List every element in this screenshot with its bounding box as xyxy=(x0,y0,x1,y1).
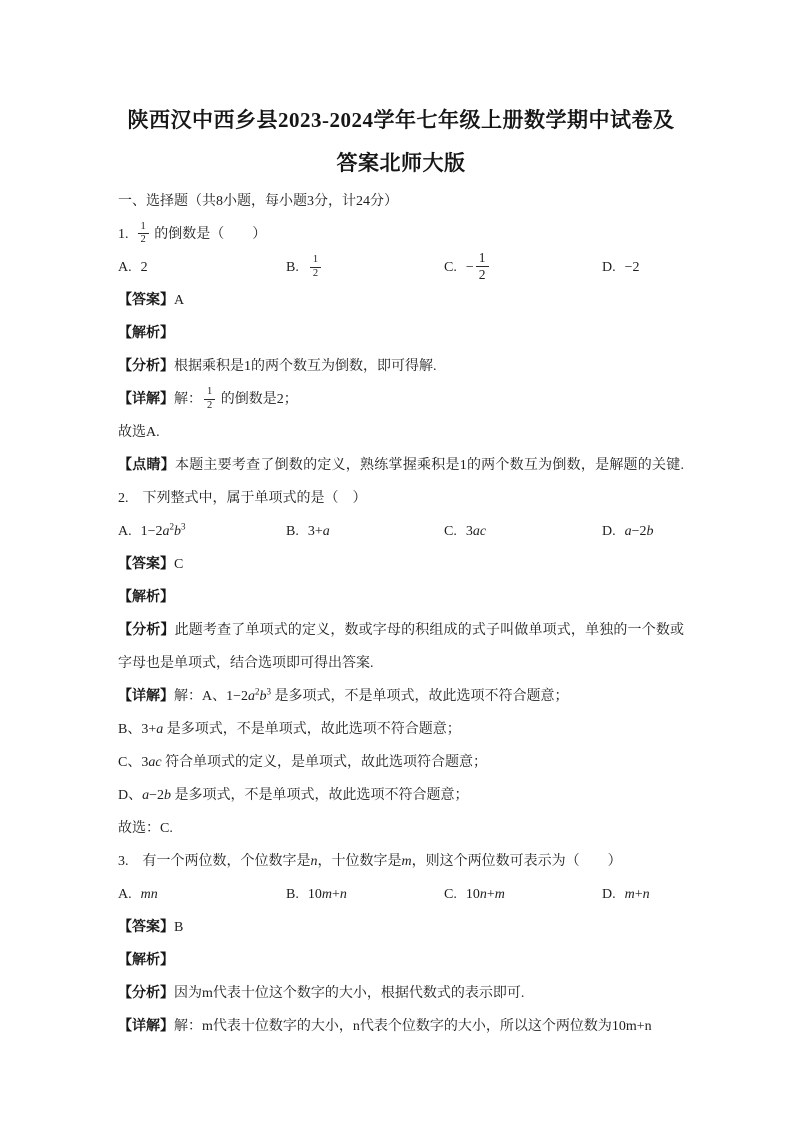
question-3-jiexi-line: 【解析】 xyxy=(118,944,684,977)
jiexi-tag: 【解析】 xyxy=(118,953,174,968)
question-2-stem: 2. 下列整式中，属于单项式的是（ ） xyxy=(118,482,684,515)
question-2-jiexi-line: 【解析】 xyxy=(118,581,684,614)
xiangjie-text: 解：A、1−2a2b3 是多项式，不是单项式，故此选项不符合题意； xyxy=(174,689,569,704)
xiangjie-tag: 【详解】 xyxy=(118,392,174,407)
document-page: 陕西汉中西乡县2023-2024学年七年级上册数学期中试卷及 答案北师大版 一、… xyxy=(0,0,793,1043)
dianjing-tag: 【点睛】 xyxy=(118,458,175,473)
option-label: D. xyxy=(602,251,616,284)
question-1-xiangjie-line: 【详解】解：12 的倒数是2； xyxy=(118,383,684,416)
document-title-line1: 陕西汉中西乡县2023-2024学年七年级上册数学期中试卷及 xyxy=(118,99,684,142)
answer-tag: 【答案】 xyxy=(118,293,174,308)
option-label: A. xyxy=(118,251,132,284)
option-label: A. xyxy=(118,878,132,911)
question-1-option-a: A. 2 xyxy=(118,251,286,284)
fenxi-text: 此题考查了单项式的定义，数或字母的积组成的式子叫做单项式，单独的一个数或 xyxy=(175,623,684,638)
option-label: C. xyxy=(444,878,457,911)
jiexi-tag: 【解析】 xyxy=(118,590,174,605)
question-1-stem: 1. 12 的倒数是（ ） xyxy=(118,218,684,251)
answer-value: A xyxy=(174,293,184,308)
fenxi-text: 根据乘积是1的两个数互为倒数，即可得解. xyxy=(174,359,437,374)
dianjing-text: 本题主要考查了倒数的定义，熟练掌握乘积是1的两个数互为倒数，是解题的关键. xyxy=(175,458,684,473)
question-2-answer-line: 【答案】C xyxy=(118,548,684,581)
question-3-option-a: A. mn xyxy=(118,878,286,911)
option-label: B. xyxy=(286,515,299,548)
question-1-option-c: C. −12 xyxy=(444,251,602,284)
option-value: a−2b xyxy=(625,515,654,548)
question-2-detail-c: C、3ac 符合单项式的定义，是单项式，故此选项符合题意； xyxy=(118,746,684,779)
question-2-fenxi-line1: 【分析】此题考查了单项式的定义，数或字母的积组成的式子叫做单项式，单独的一个数或 xyxy=(118,614,684,647)
question-2-option-c: C. 3ac xyxy=(444,515,602,548)
option-value: 10n+m xyxy=(466,878,505,911)
option-value: 3+a xyxy=(308,515,330,548)
question-2-option-d: D. a−2b xyxy=(602,515,684,548)
answer-tag: 【答案】 xyxy=(118,557,174,572)
question-3-options: A. mn B. 10m+n C. 10n+m D. m+n xyxy=(118,878,684,911)
question-2-fenxi-line2: 字母也是单项式，结合选项即可得出答案. xyxy=(118,647,684,680)
fenxi-tag: 【分析】 xyxy=(118,359,174,374)
question-1-fenxi-line: 【分析】根据乘积是1的两个数互为倒数，即可得解. xyxy=(118,350,684,383)
option-value: 10m+n xyxy=(308,878,347,911)
question-1-options: A. 2 B. 12 C. −12 D. −2 xyxy=(118,251,684,284)
question-1-dianjing-line: 【点睛】本题主要考查了倒数的定义，熟练掌握乘积是1的两个数互为倒数，是解题的关键… xyxy=(118,449,684,482)
fenxi-tag: 【分析】 xyxy=(118,986,174,1001)
answer-value: C xyxy=(174,557,183,572)
question-2-option-a: A. 1−2a2b3 xyxy=(118,515,286,548)
option-value: 2 xyxy=(141,251,148,284)
question-3-answer-line: 【答案】B xyxy=(118,911,684,944)
fenxi-tag: 【分析】 xyxy=(118,623,175,638)
option-value: 3ac xyxy=(466,515,486,548)
xiangjie-text: 解：12 的倒数是2； xyxy=(174,392,298,407)
question-1-jiexi-line: 【解析】 xyxy=(118,317,684,350)
question-2-conclusion: 故选：C. xyxy=(118,812,684,845)
question-2-option-b: B. 3+a xyxy=(286,515,444,548)
section-heading: 一、选择题（共8小题，每小题3分，计24分） xyxy=(118,185,684,218)
exam-document: { "doc": { "title1": "陕西汉中西乡县2023-2024学年… xyxy=(0,0,793,1122)
xiangjie-text: 解：m代表十位数字的大小，n代表个位数字的大小，所以这个两位数为10m+n xyxy=(174,1019,652,1034)
fenxi-text: 因为m代表十位这个数字的大小，根据代数式的表示即可. xyxy=(174,986,524,1001)
question-2-detail-d: D、a−2b 是多项式，不是单项式，故此选项不符合题意； xyxy=(118,779,684,812)
option-label: D. xyxy=(602,878,616,911)
option-label: D. xyxy=(602,515,616,548)
question-3-stem: 3. 有一个两位数，个位数字是n，十位数字是m，则这个两位数可表示为（ ） xyxy=(118,845,684,878)
xiangjie-tag: 【详解】 xyxy=(118,689,174,704)
option-label: C. xyxy=(444,515,457,548)
answer-value: B xyxy=(174,920,183,935)
question-1-answer-line: 【答案】A xyxy=(118,284,684,317)
xiangjie-tag: 【详解】 xyxy=(118,1019,174,1034)
option-value: −12 xyxy=(466,251,491,284)
question-3-xiangjie-line: 【详解】解：m代表十位数字的大小，n代表个位数字的大小，所以这个两位数为10m+… xyxy=(118,1010,684,1043)
question-1-option-b: B. 12 xyxy=(286,251,444,284)
option-label: B. xyxy=(286,251,299,284)
question-2-detail-b: B、3+a 是多项式，不是单项式，故此选项不符合题意； xyxy=(118,713,684,746)
document-title-line2: 答案北师大版 xyxy=(118,142,684,185)
question-2-options: A. 1−2a2b3 B. 3+a C. 3ac D. a−2b xyxy=(118,515,684,548)
option-value: mn xyxy=(141,878,158,911)
question-3-fenxi-line: 【分析】因为m代表十位这个数字的大小，根据代数式的表示即可. xyxy=(118,977,684,1010)
question-1-option-d: D. −2 xyxy=(602,251,684,284)
option-value: 12 xyxy=(308,251,323,284)
option-value: 1−2a2b3 xyxy=(141,515,186,548)
question-3-option-b: B. 10m+n xyxy=(286,878,444,911)
question-3-option-d: D. m+n xyxy=(602,878,684,911)
question-3-option-c: C. 10n+m xyxy=(444,878,602,911)
jiexi-tag: 【解析】 xyxy=(118,326,174,341)
option-value: m+n xyxy=(625,878,650,911)
option-label: A. xyxy=(118,515,132,548)
answer-tag: 【答案】 xyxy=(118,920,174,935)
option-label: C. xyxy=(444,251,457,284)
option-label: B. xyxy=(286,878,299,911)
option-value: −2 xyxy=(625,251,640,284)
question-2-xiangjie-line: 【详解】解：A、1−2a2b3 是多项式，不是单项式，故此选项不符合题意； xyxy=(118,680,684,713)
question-1-conclusion: 故选A. xyxy=(118,416,684,449)
